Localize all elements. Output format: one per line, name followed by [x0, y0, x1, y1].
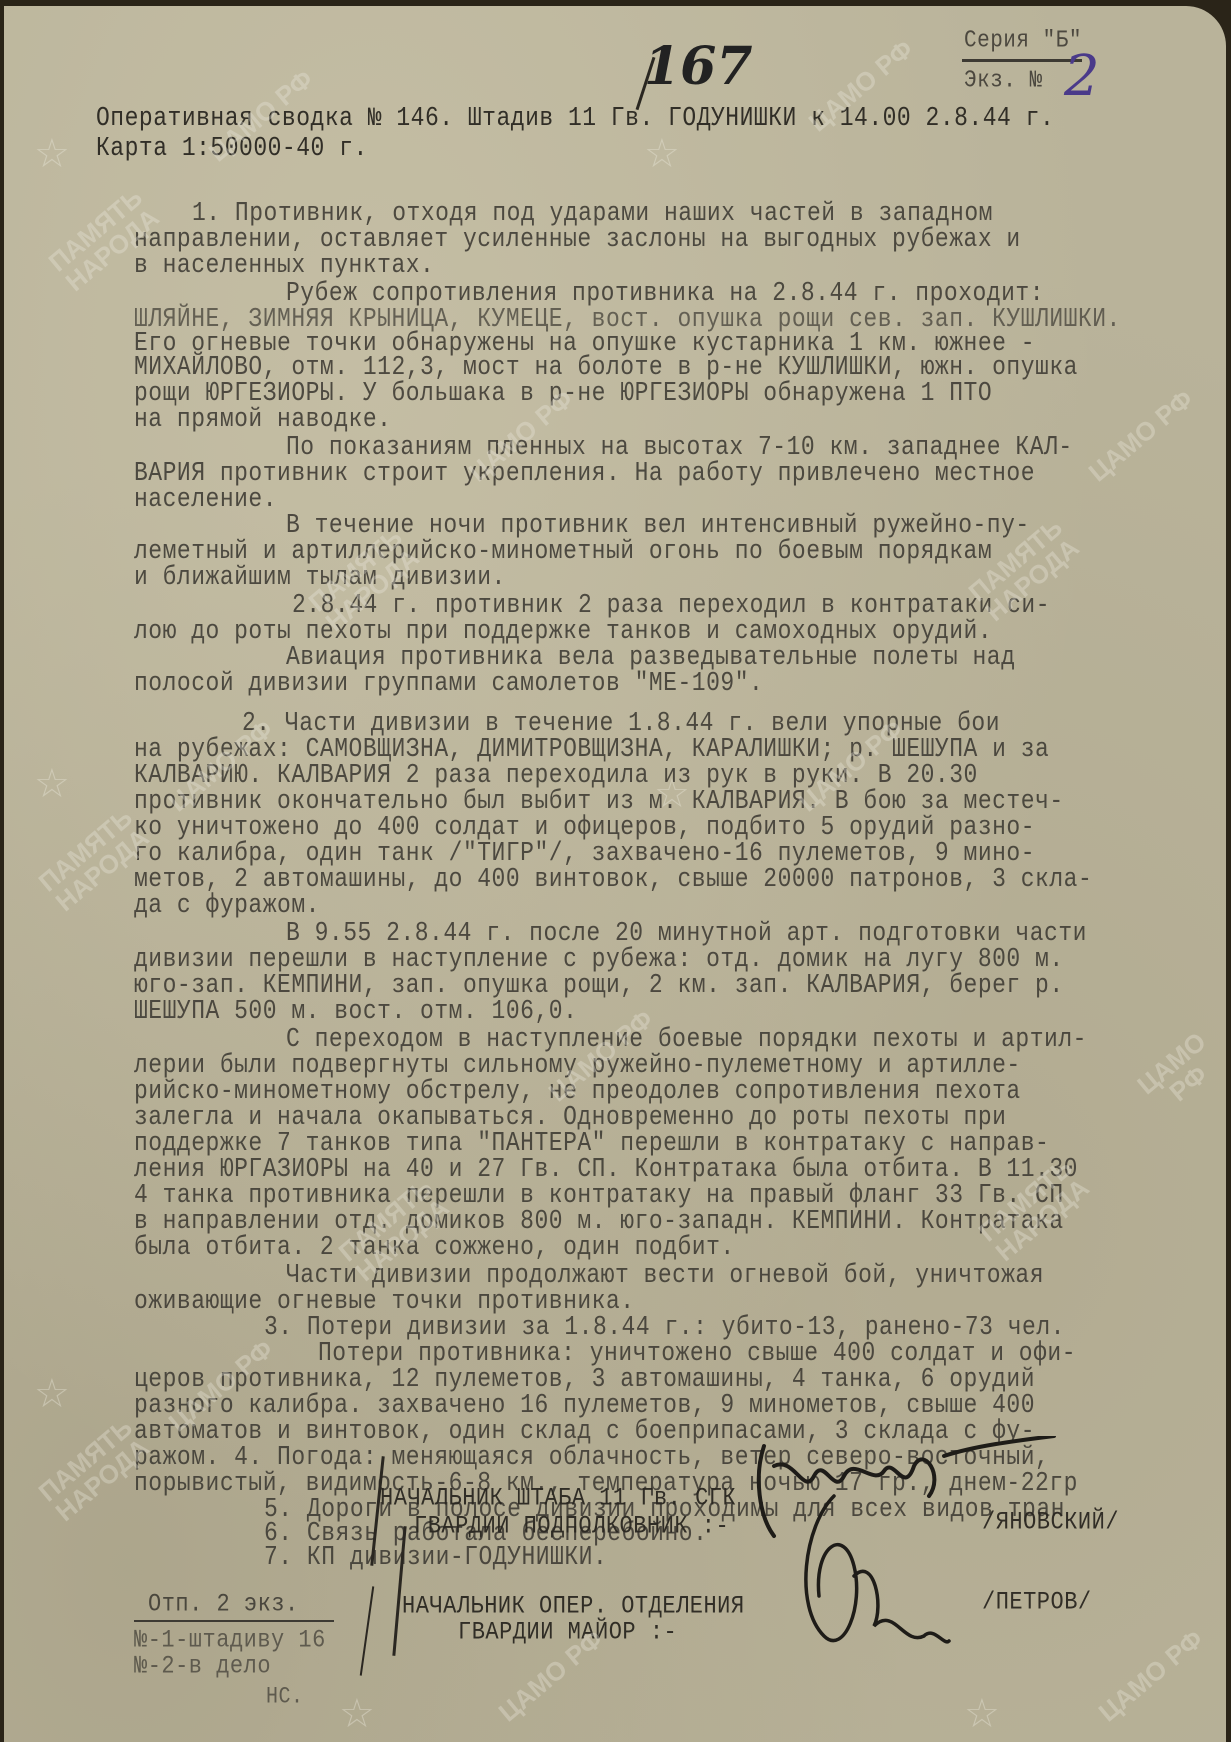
footer-bracket [360, 1586, 375, 1675]
body-line: была отбита. 2 танка сожжено, один подби… [134, 1232, 735, 1262]
star-icon: ☆ [34, 131, 70, 177]
star-icon: ☆ [34, 761, 70, 807]
ops-chief-title: НАЧАЛЬНИК ОПЕР. ОТДЕЛЕНИЯ [402, 1592, 745, 1621]
star-icon: ☆ [964, 1691, 1000, 1737]
body-line: на прямой наводке. [134, 404, 391, 434]
watermark-tsamo: ЦАМО РФ [1084, 385, 1197, 486]
document-title: Оперативная сводка № 146. Штадив 11 Гв. … [96, 103, 1054, 133]
star-icon: ☆ [644, 131, 680, 177]
watermark-tsamo: ЦАМО РФ [1094, 1625, 1207, 1726]
map-reference: Карта 1:50000-40 г. [96, 133, 368, 163]
ops-chief-rank: ГВАРДИИ МАЙОР :- [458, 1618, 677, 1647]
chief-of-staff-title: НАЧАЛЬНИК ШТАБА 11 Гв. СГК [380, 1484, 736, 1513]
ops-chief-name: /ПЕТРОВ/ [982, 1588, 1092, 1617]
handwritten-copy-number: 2 [1064, 44, 1100, 109]
body-line: в населенных пунктах. [134, 250, 434, 280]
typist-initials: НС. [266, 1684, 304, 1710]
body-line: и ближайшим тылам дивизии. [134, 562, 506, 592]
watermark-tsamo: ЦАМО РФ [1124, 1020, 1231, 1125]
body-line: ШЕШУПА 500 м. вост. отм. 106,0. [134, 996, 577, 1026]
body-line: население. [134, 484, 277, 514]
star-icon: ☆ [339, 1691, 375, 1737]
copy-2-destination: №-2-в дело [134, 1652, 271, 1681]
signature-petrov [774, 1486, 954, 1656]
body-line: да с фуражом. [134, 890, 320, 920]
copies-underline [134, 1620, 334, 1622]
star-icon: ☆ [34, 1371, 70, 1417]
copies-count: Отп. 2 экз. [148, 1590, 299, 1619]
copy-1-destination: №-1-штадиву 16 [134, 1626, 326, 1655]
copy-label: Экз. № [964, 68, 1043, 94]
document-page: 167 Серия "Б" Экз. № 2 Оперативная сводк… [4, 6, 1226, 1742]
handwritten-page-number: 167 [644, 36, 753, 97]
body-line: полосой дивизии группами самолетов "МЕ-1… [134, 668, 763, 698]
chief-of-staff-rank: ГВАРДИИ ПОДПОЛКОВНИК :- [414, 1512, 729, 1541]
body-line: 7. КП дивизии-ГОДУНИШКИ. [264, 1542, 607, 1572]
